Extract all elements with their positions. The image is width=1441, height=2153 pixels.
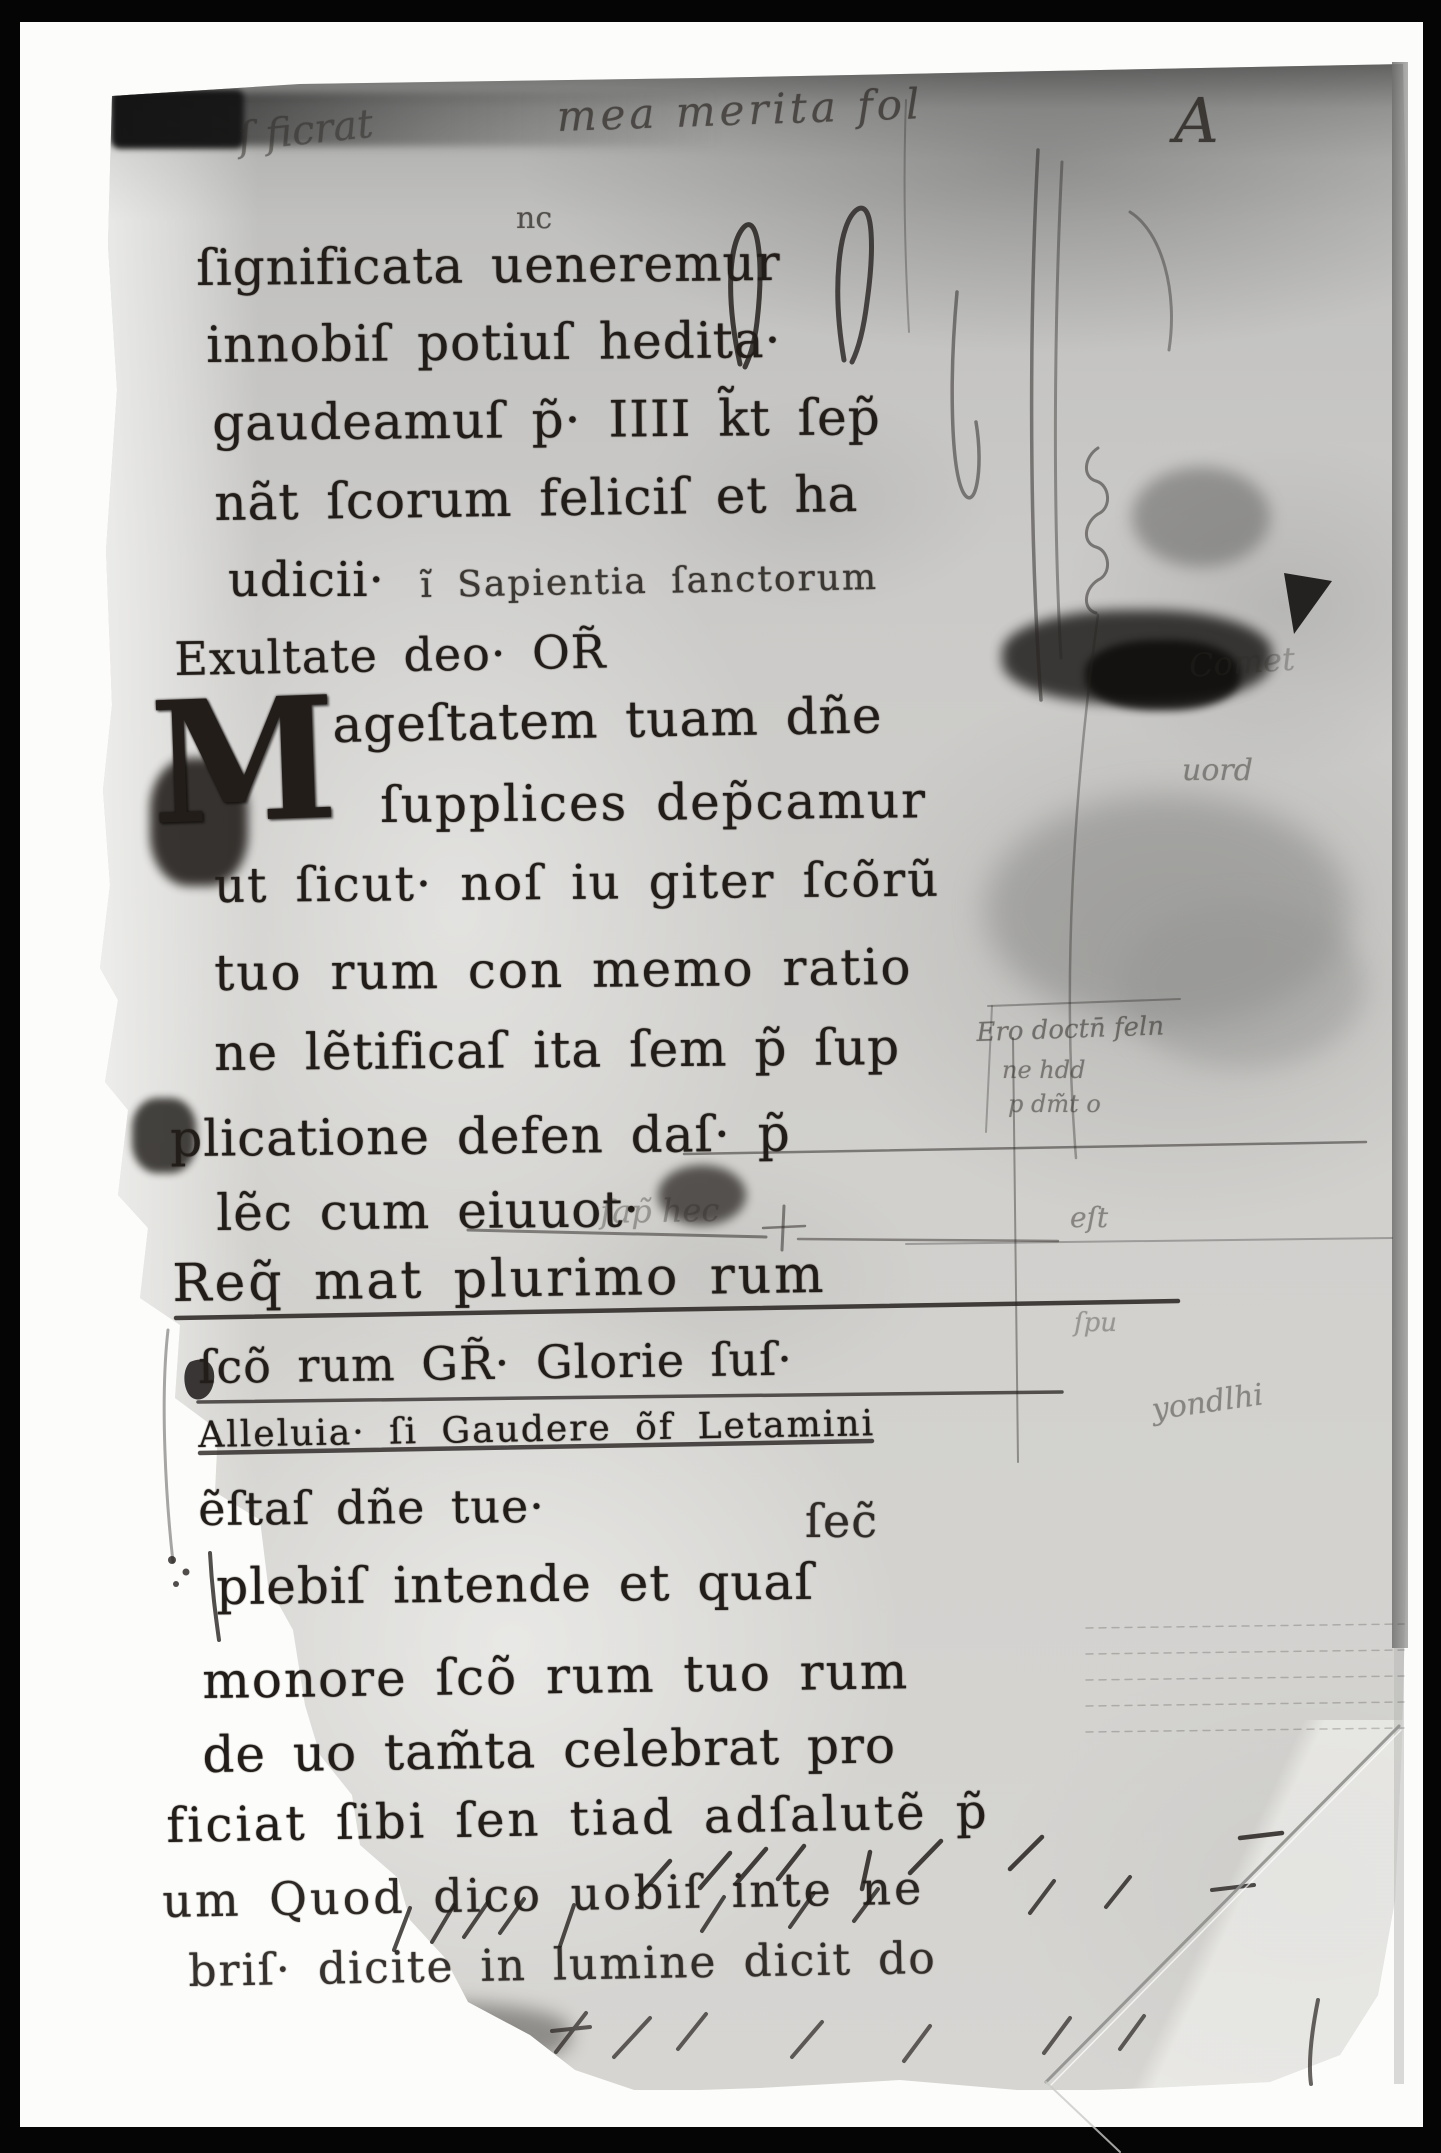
folio-letter: A (1174, 90, 1219, 152)
margin-note-ero: Ero doctn̄ feln (976, 1013, 1165, 1046)
margin-note-est: eſt (1070, 1204, 1108, 1232)
header-inscription: mea merita fol (556, 83, 924, 138)
margin-note-p-dmt: p dm̃t o (1008, 1092, 1101, 1116)
margin-annotations-layer: ſ ficratmea merita folAncCometuordEro do… (0, 0, 1441, 2153)
margin-note-ne-hdd: ne hdd (1002, 1058, 1085, 1082)
interlinear-note-nc: nc (516, 204, 552, 234)
pen-trial-top-left: ſ ficrat (236, 104, 375, 158)
margin-note-comet: Comet (1188, 643, 1296, 682)
margin-note-yondlhi: yondlhi (1150, 1380, 1265, 1425)
margin-note-spu: ſpu (1074, 1310, 1117, 1336)
photo-frame: ſignificata ueneremurinnobiſ potiuſ hedi… (0, 0, 1441, 2153)
margin-note-uord: uord (1182, 756, 1253, 786)
struck-note-sap: ſap̃ hec (600, 1194, 720, 1228)
